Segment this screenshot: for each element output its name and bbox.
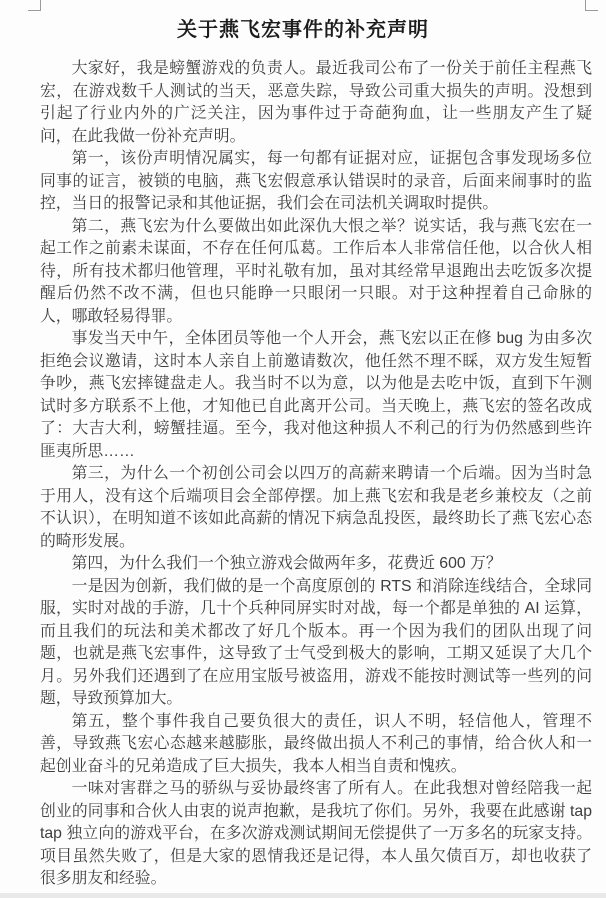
document-title: 关于燕飞宏事件的补充声明 [0, 0, 606, 57]
margin-corner-mark-right [585, 0, 598, 11]
paragraph-point-4-detail: 一是因为创新，我们做的是一个高度原创的 RTS 和消除连线结合，全球同服，实时对… [40, 576, 592, 711]
paragraph-point-1: 第一，该份声明情况属实，每一句都有证据对应，证据包含事发现场多位同事的证言，被锁… [40, 148, 592, 216]
paragraph-intro: 大家好，我是螃蟹游戏的负责人。最近我司公布了一份关于前任主程燕飞宏，在游戏数千人… [40, 58, 592, 148]
paragraph-incident: 事发当天中午，全体团员等他一个人开会，燕飞宏以正在修 bug 为由多次拒绝会议邀… [40, 328, 592, 463]
document-page: 关于燕飞宏事件的补充声明 大家好，我是螃蟹游戏的负责人。最近我司公布了一份关于前… [0, 0, 606, 898]
paragraph-point-2: 第二，燕飞宏为什么要做出如此深仇大恨之举？说实话，我与燕飞宏在一起工作之前素未谋… [40, 216, 592, 329]
paragraph-point-4: 第四，为什么我们一个独立游戏会做两年多，花费近 600 万？ [40, 553, 592, 576]
paragraph-closing: 一味对害群之马的骄纵与妥协最终害了所有人。在此我想对曾经陪我一起创业的同事和合伙… [40, 778, 592, 891]
paragraph-point-3: 第三，为什么一个初创公司会以四万的高薪来聘请一个后端。因为当时急于用人，没有这个… [40, 463, 592, 553]
document-body: 大家好，我是螃蟹游戏的负责人。最近我司公布了一份关于前任主程燕飞宏，在游戏数千人… [40, 58, 592, 891]
bottom-edge-strip [0, 893, 606, 898]
paragraph-point-5: 第五，整个事件我自己要负很大的责任，识人不明，轻信他人，管理不善，导致燕飞宏心态… [40, 711, 592, 779]
margin-corner-mark-left [28, 0, 41, 11]
